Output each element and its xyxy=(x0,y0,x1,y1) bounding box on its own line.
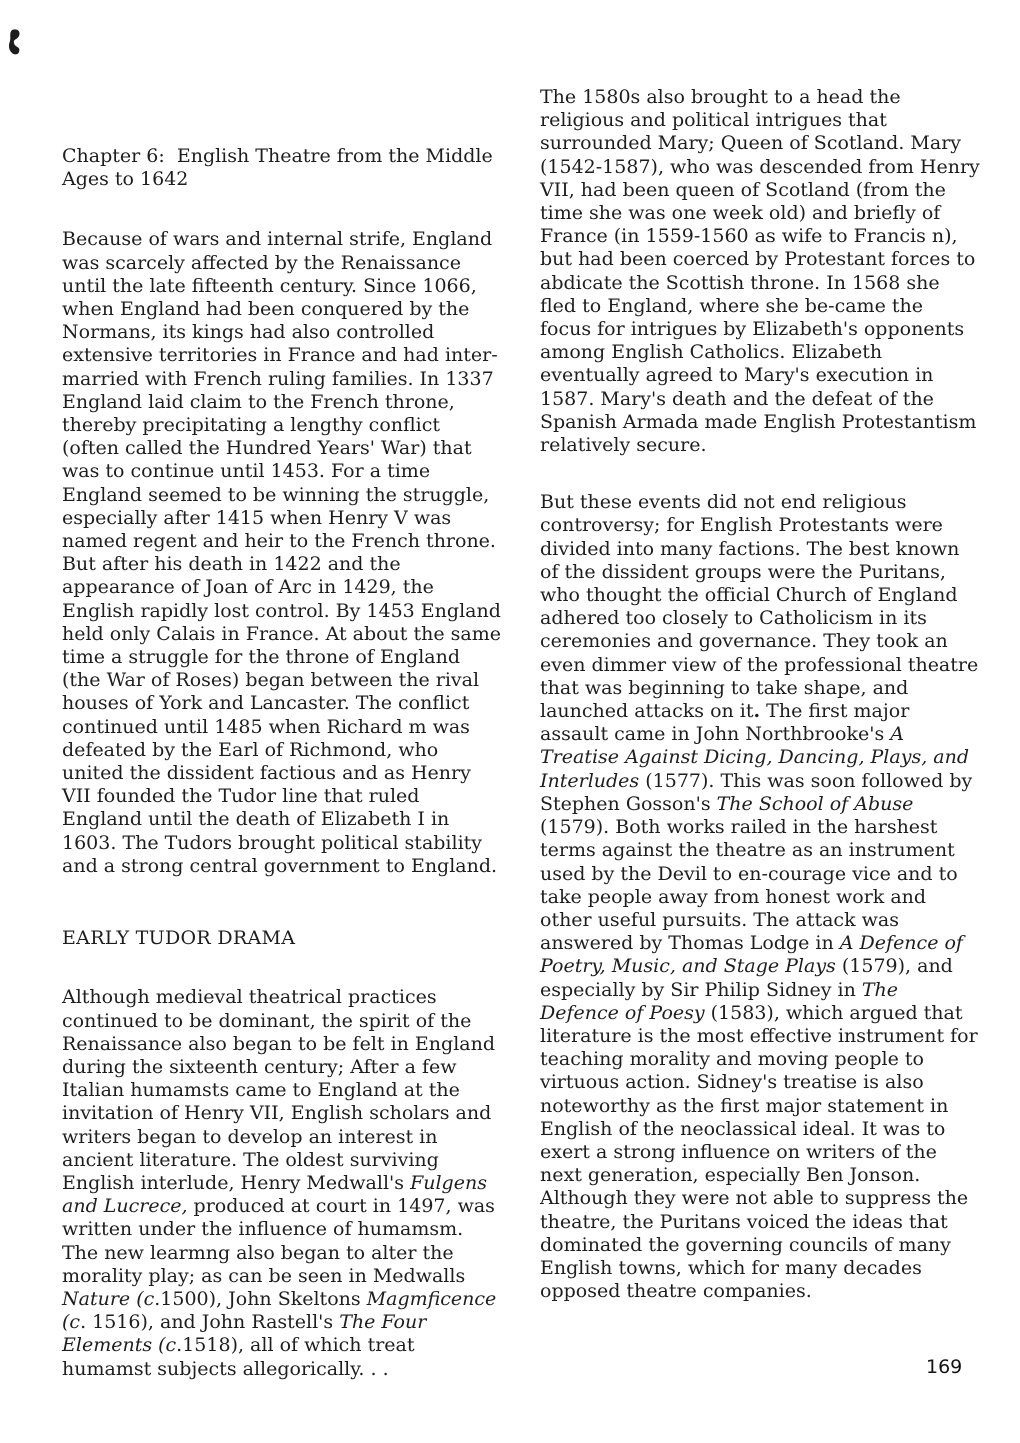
right-column: The 1580s also brought to a head the rel… xyxy=(540,86,980,1303)
page-number: 169 xyxy=(926,1356,962,1378)
ink-smudge-mark xyxy=(8,28,30,56)
paragraph-early-tudor-drama: Although medieval theatrical practices c… xyxy=(62,986,502,1380)
document-page: Chapter 6: English Theatre from the Midd… xyxy=(0,0,1020,1443)
paragraph-mary-queen-of-scotland: The 1580s also brought to a head the rel… xyxy=(540,86,980,457)
paragraph-england-history: Because of wars and internal strife, Eng… xyxy=(62,228,502,878)
left-column: Chapter 6: English Theatre from the Midd… xyxy=(62,145,502,1381)
paragraph-puritans-attacks: But these events did not end religious c… xyxy=(540,491,980,1303)
section-heading-early-tudor-drama: EARLY TUDOR DRAMA xyxy=(62,927,502,950)
chapter-heading: Chapter 6: English Theatre from the Midd… xyxy=(62,145,502,191)
